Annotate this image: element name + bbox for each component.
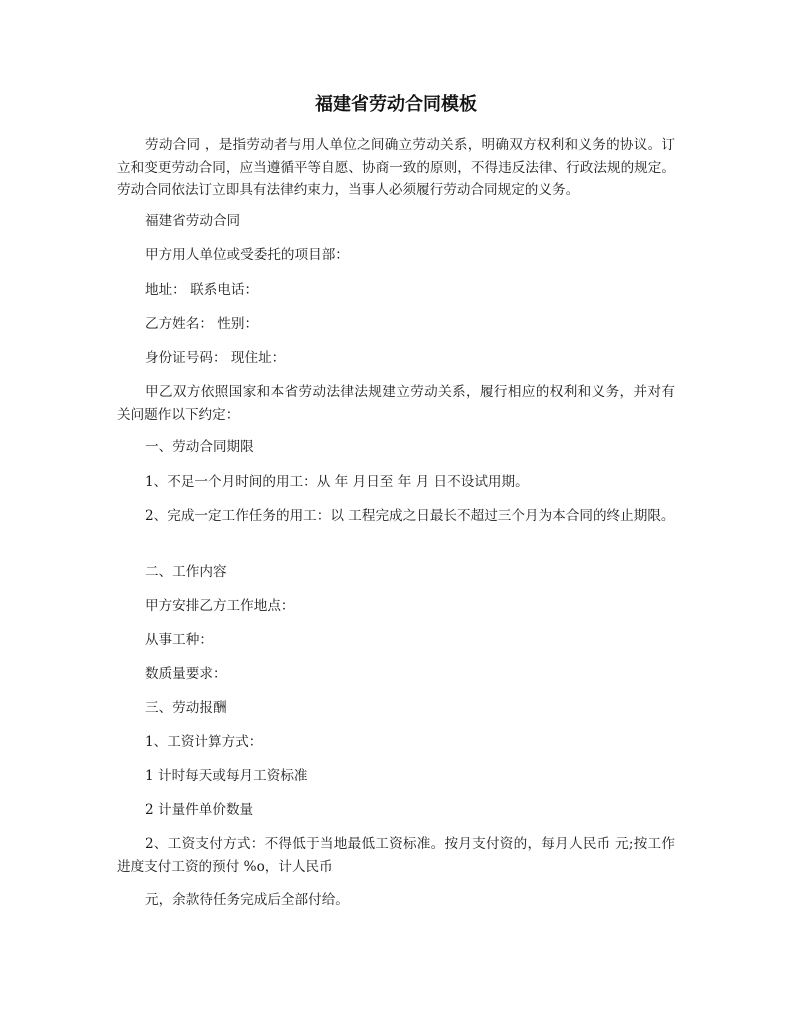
intro-paragraph: 劳动合同 ，是指劳动者与用人单位之间确立劳动关系，明确双方权利和义务的协议。订立…: [117, 134, 675, 202]
section-2-item-1: 甲方安排乙方工作地点：: [117, 595, 703, 618]
section-1-heading: 一、劳动合同期限: [117, 436, 703, 459]
section-3-item-5: 元，余款待任务完成后全部付给。: [117, 889, 703, 912]
section-3-heading: 三、劳动报酬: [117, 697, 703, 720]
id-residence-field: 身份证号码： 现住址：: [117, 347, 703, 370]
section-2-item-3: 数质量要求：: [117, 663, 703, 686]
party-a-field: 甲方用人单位或受委托的项目部：: [117, 244, 703, 267]
section-2-item-2: 从事工种：: [117, 629, 703, 652]
contract-heading: 福建省劳动合同: [117, 210, 703, 233]
agreement-intro-paragraph: 甲乙双方依照国家和本省劳动法律法规建立劳动关系，履行相应的权利和义务，并对有关问…: [117, 381, 675, 426]
section-3-item-3: 2 计量件单价数量: [117, 799, 703, 822]
section-2-heading: 二、工作内容: [117, 561, 703, 584]
address-phone-field: 地址： 联系电话：: [117, 279, 703, 302]
section-3-item-1: 1、工资计算方式：: [117, 731, 703, 754]
section-3-item-4: 2、工资支付方式：不得低于当地最低工资标准。按月支付资的，每月人民币 元;按工作…: [117, 833, 675, 878]
document-title: 福建省劳动合同模板: [117, 93, 675, 117]
section-1-item-1: 1、不足一个月时间的用工：从 年 月日至 年 月 日不设试用期。: [117, 471, 703, 494]
party-b-name-gender-field: 乙方姓名： 性别：: [117, 313, 703, 336]
section-3-item-2: 1 计时每天或每月工资标准: [117, 765, 703, 788]
section-1-item-2: 2、完成一定工作任务的用工：以 工程完成之日最长不超过三个月为本合同的终止期限。: [117, 505, 675, 528]
